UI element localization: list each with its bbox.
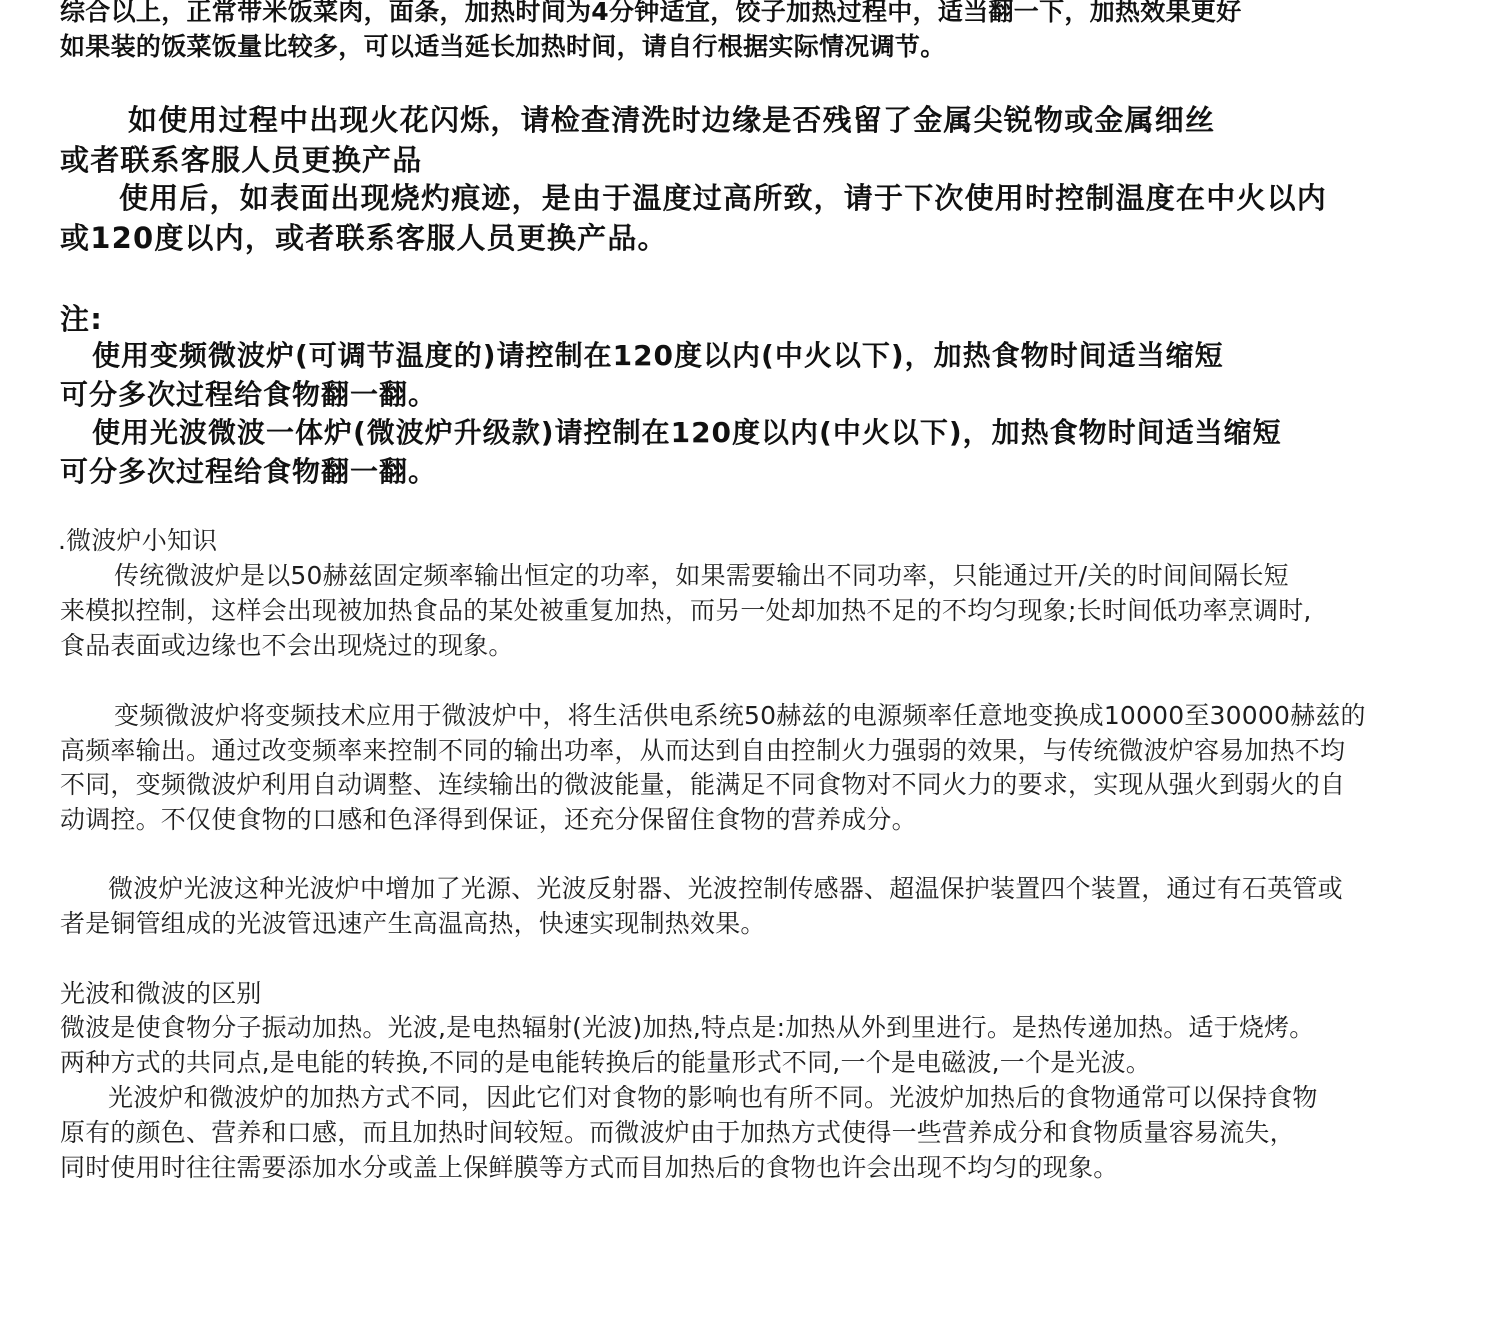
note-inverter-line-1: 使用变频微波炉(可调节温度的)请控制在120度以内(中火以下)，加热食物时间适当… <box>92 342 1224 370</box>
inverter-para-line: 变频微波炉将变频技术应用于微波炉中，将生活供电系统50赫兹的电源频率任意地变换成… <box>114 703 1366 728</box>
spark-warning-line-1: 如使用过程中出现火花闪烁，请检查清洗时边缘是否残留了金属尖锐物或金属细丝 <box>128 106 1215 135</box>
difference-line: 微波是使食物分子振动加热。光波,是电热辐射(光波)加热,特点是:加热从外到里进行… <box>60 1015 1314 1040</box>
comparison-para-line: 同时使用时往往需要添加水分或盖上保鲜膜等方式而目加热后的食物也许会出现不均匀的现… <box>60 1155 1118 1180</box>
intro-line-2: 如果装的饭菜饭量比较多，可以适当延长加热时间，请自行根据实际情况调节。 <box>60 34 946 59</box>
note-heading: 注: <box>60 305 103 334</box>
burn-warning-line-1: 使用后，如表面出现烧灼痕迹，是由于温度过高所致，请于下次使用时控制温度在中火以内 <box>119 184 1327 213</box>
inverter-para-line: 不同，变频微波炉利用自动调整、连续输出的微波能量，能满足不同食物对不同火力的要求… <box>60 772 1345 797</box>
note-combo-line-2: 可分多次过程给食物翻一翻。 <box>60 458 437 486</box>
traditional-para-line: 食品表面或边缘也不会出现烧过的现象。 <box>60 633 514 658</box>
lightwave-para-line: 者是铜管组成的光波管迅速产生高温高热，快速实现制热效果。 <box>60 911 766 936</box>
traditional-para-line: 传统微波炉是以50赫兹固定频率输出恒定的功率，如果需要输出不同功率，只能通过开/… <box>114 563 1289 588</box>
lightwave-para-line: 微波炉光波这种光波炉中增加了光源、光波反射器、光波控制传感器、超温保护装置四个装… <box>108 876 1343 901</box>
note-combo-line-1: 使用光波微波一体炉(微波炉升级款)请控制在120度以内(中火以下)，加热食物时间… <box>92 419 1282 447</box>
spark-warning-line-2: 或者联系客服人员更换产品 <box>60 146 422 175</box>
comparison-para-line: 原有的颜色、营养和口感，而且加热时间较短。而微波炉由于加热方式使得一些营养成分和… <box>60 1120 1295 1145</box>
inverter-para-line: 高频率输出。通过改变频率来控制不同的输出功率，从而达到自由控制火力强弱的效果，与… <box>60 738 1345 763</box>
inverter-para-line: 动调控。不仅使食物的口感和色泽得到保证，还充分保留住食物的营养成分。 <box>60 807 917 832</box>
knowledge-heading: .微波炉小知识 <box>58 528 217 553</box>
traditional-para-line: 来模拟控制，这样会出现被加热食品的某处被重复加热，而另一处却加热不足的不均匀现象… <box>60 598 1312 623</box>
burn-warning-line-2: 或120度以内，或者联系客服人员更换产品。 <box>60 224 668 253</box>
intro-line-1: 综合以上，正常带米饭菜肉，面条，加热时间为4分钟适宜，饺子加热过程中，适当翻一下… <box>60 0 1242 24</box>
difference-heading: 光波和微波的区别 <box>60 981 262 1006</box>
note-inverter-line-2: 可分多次过程给食物翻一翻。 <box>60 381 437 409</box>
comparison-para-line: 光波炉和微波炉的加热方式不同，因此它们对食物的影响也有所不同。光波炉加热后的食物… <box>108 1085 1318 1110</box>
difference-line: 两种方式的共同点,是电能的转换,不同的是电能转换后的能量形式不同,一个是电磁波,… <box>60 1050 1151 1075</box>
